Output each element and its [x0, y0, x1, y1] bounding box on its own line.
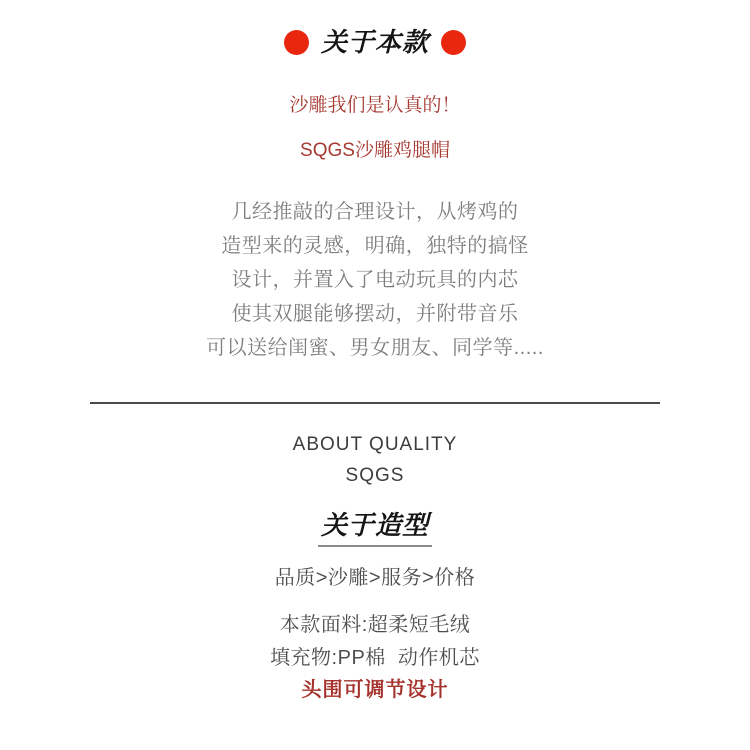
description-line: 造型来的灵感，明确，独特的搞怪 — [0, 229, 750, 263]
section-header-shape: 关于造型 — [0, 507, 750, 547]
description-line: 可以送给闺蜜、男女朋友、同学等..... — [0, 331, 750, 365]
product-description: 几经推敲的合理设计，从烤鸡的 造型来的灵感，明确，独特的搞怪 设计，并置入了电动… — [0, 195, 750, 365]
filling-info-text: 填充物:PP棉 动作机芯 — [0, 644, 750, 672]
brand-name: SQGS — [0, 460, 750, 491]
description-line: 设计，并置入了电动玩具的内芯 — [0, 263, 750, 297]
adjustable-note-text: 头围可调节设计 — [0, 676, 750, 704]
shape-section-title: 关于造型 — [318, 507, 432, 547]
section-header-about: 关于本款 — [0, 25, 750, 59]
section-divider — [90, 402, 660, 404]
product-name-text: SQGS沙雕鸡腿帽 — [0, 138, 750, 164]
priority-ranking-text: 品质>沙雕>服务>价格 — [0, 564, 750, 592]
quality-heading-en: ABOUT QUALITY — [0, 429, 750, 460]
description-line: 使其双腿能够摆动，并附带音乐 — [0, 297, 750, 331]
page-title: 关于本款 — [321, 25, 429, 59]
description-line: 几经推敲的合理设计，从烤鸡的 — [0, 195, 750, 229]
slogan-text: 沙雕我们是认真的！ — [0, 93, 750, 119]
product-description-page: 关于本款 沙雕我们是认真的！ SQGS沙雕鸡腿帽 几经推敲的合理设计，从烤鸡的 … — [0, 0, 750, 750]
red-dot-icon — [284, 30, 309, 55]
quality-heading-block: ABOUT QUALITY SQGS — [0, 429, 750, 491]
red-dot-icon — [441, 30, 466, 55]
fabric-info-text: 本款面料:超柔短毛绒 — [0, 611, 750, 639]
